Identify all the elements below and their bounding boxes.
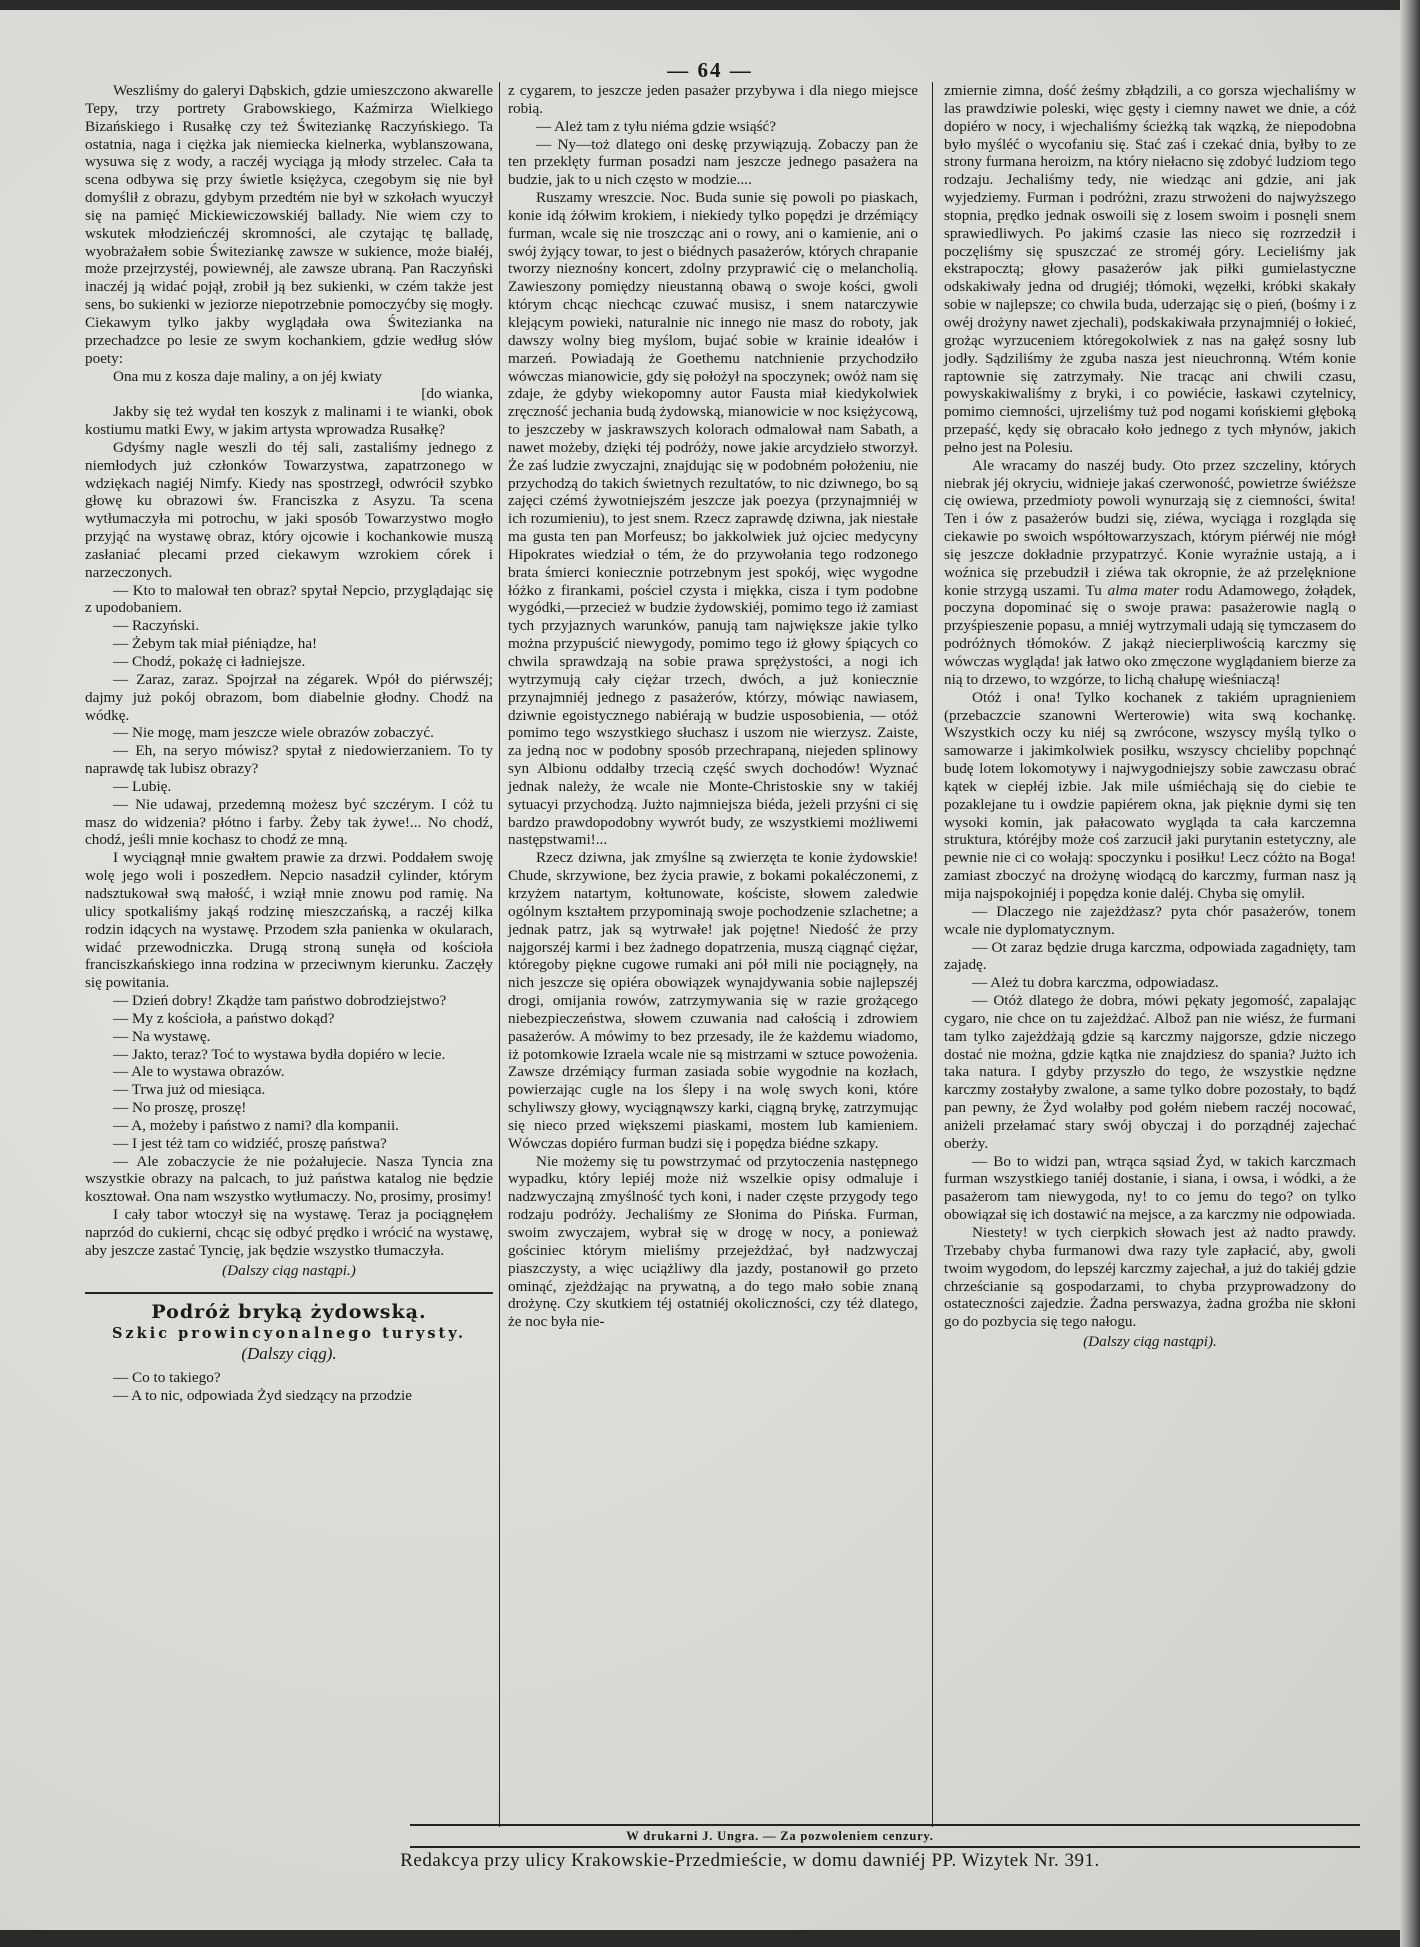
right-paragraphs: zmiernie zimna, dość żeśmy zbłądzili, a … — [944, 82, 1356, 1331]
emphasis: alma mater — [1108, 582, 1180, 599]
paragraph: z cygarem, to jeszcze jeden pasażer przy… — [508, 82, 918, 118]
paragraph: — Ale to wystawa obrazów. — [85, 1063, 493, 1081]
paragraph: — Trwa już od miesiąca. — [85, 1081, 493, 1099]
paragraph: Ale wracamy do naszéj budy. Oto przez sz… — [944, 457, 1356, 689]
article-subtitle: Szkic prowincyonalnego turysty. — [85, 1325, 493, 1343]
column-divider — [499, 82, 500, 1827]
page-edge — [1400, 0, 1420, 1947]
paragraph: Niestety! w tych cierpkich słowach jest … — [944, 1224, 1356, 1331]
paragraph: Nie możemy się tu powstrzymać od przytoc… — [508, 1153, 918, 1331]
editorial-address: Redakcya przy ulicy Krakowskie-Przedmieś… — [300, 1850, 1200, 1872]
paragraph: Rzecz dziwna, jak zmyślne są zwierzęta t… — [508, 849, 918, 1152]
paragraph: — Nie udawaj, przedemną możesz być szczé… — [85, 796, 493, 850]
paragraph: Gdyśmy nagle weszli do téj sali, zastali… — [85, 439, 493, 582]
imprint-rule — [410, 1824, 1360, 1826]
paragraph: — Ale zobaczycie że nie pożałujecie. Nas… — [85, 1153, 493, 1207]
paragraph: — Jakto, teraz? Toć to wystawa bydła dop… — [85, 1046, 493, 1064]
paragraph: — Raczyński. — [85, 617, 493, 635]
left-column: Weszliśmy do galeryi Dąbskich, gdzie umi… — [85, 82, 493, 1405]
paragraph: — Żebym tak miał piéniądze, ha! — [85, 635, 493, 653]
paragraph: — Ot zaraz będzie druga karczma, odpowia… — [944, 939, 1356, 975]
article-continued: (Dalszy ciąg). — [85, 1345, 493, 1363]
paragraph: — Dlaczego nie zajeżdżasz? pyta chór pas… — [944, 903, 1356, 939]
paragraph: I cały tabor wtoczył się na wystawę. Ter… — [85, 1206, 493, 1260]
paragraph: — Ależ tu dobra karczma, odpowiadasz. — [944, 974, 1356, 992]
article-paragraphs: — Co to takiego?— A to nic, odpowiada Ży… — [85, 1369, 493, 1405]
paragraph: — Kto to malował ten obraz? spytał Nepci… — [85, 582, 493, 618]
page-number: — 64 — — [0, 58, 1420, 83]
poem-line: Ona mu z kosza daje maliny, a on jéj kwi… — [85, 368, 493, 386]
paragraph: — Ależ tam z tyłu niéma gdzie wsiąść? — [508, 118, 918, 136]
paragraph: — Chodź, pokażę ci ładniejsze. — [85, 653, 493, 671]
paragraph: Jakby się też wydał ten koszyk z malinam… — [85, 403, 493, 439]
continuation-note: (Dalszy ciąg nastąpi.) — [85, 1262, 493, 1280]
paragraph: — A to nic, odpowiada Żyd siedzący na pr… — [85, 1387, 493, 1405]
middle-paragraphs: z cygarem, to jeszcze jeden pasażer przy… — [508, 82, 918, 1331]
paragraph: zmiernie zimna, dość żeśmy zbłądzili, a … — [944, 82, 1356, 457]
right-column: zmiernie zimna, dość żeśmy zbłądzili, a … — [944, 82, 1356, 1351]
paragraph: — Zaraz, zaraz. Spojrzał na zégarek. Wpó… — [85, 671, 493, 725]
continuation-note: (Dalszy ciąg nastąpi). — [944, 1333, 1356, 1351]
paragraph: I wyciągnął mnie gwałtem prawie za drzwi… — [85, 849, 493, 992]
imprint-rule — [410, 1846, 1360, 1848]
left-paragraphs: Jakby się też wydał ten koszyk z malinam… — [85, 403, 493, 1260]
paragraph: — Co to takiego? — [85, 1369, 493, 1387]
paragraph: — Ny—toż dlatego oni deskę przywiązują. … — [508, 136, 918, 190]
paragraph: — Lubię. — [85, 778, 493, 796]
paragraph: — Otóż dlatego że dobra, mówi pękaty jeg… — [944, 992, 1356, 1153]
column-divider — [932, 82, 933, 1827]
paragraph: — Na wystawę. — [85, 1028, 493, 1046]
paragraph: Weszliśmy do galeryi Dąbskich, gdzie umi… — [85, 82, 493, 368]
paragraph: — Eh, na seryo mówisz? spytał z niedowie… — [85, 742, 493, 778]
printer-imprint: W drukarni J. Ungra. — Za pozwoleniem ce… — [410, 1829, 1150, 1844]
paragraph: — Dzień dobry! Zkądże tam państwo dobrod… — [85, 992, 493, 1010]
article-title: Podróż bryką żydowską. — [85, 1304, 493, 1322]
paragraph: — A, możeby i państwo z nami? dla kompan… — [85, 1117, 493, 1135]
paragraph: — Bo to widzi pan, wtrąca sąsiad Żyd, w … — [944, 1153, 1356, 1224]
paragraph: Ruszamy wreszcie. Noc. Buda sunie się po… — [508, 189, 918, 849]
poem-line-continuation: [do wianka, — [85, 385, 493, 403]
paragraph: — Nie mogę, mam jeszcze wiele obrazów zo… — [85, 724, 493, 742]
middle-column: z cygarem, to jeszcze jeden pasażer przy… — [508, 82, 918, 1331]
paragraph: Otóż i ona! Tylko kochanek z takiém upra… — [944, 689, 1356, 903]
paragraph: — I jest téż tam co widziéć, proszę pańs… — [85, 1135, 493, 1153]
section-rule — [85, 1292, 493, 1294]
paragraph: — No proszę, proszę! — [85, 1099, 493, 1117]
paragraph: — My z kościoła, a państwo dokąd? — [85, 1010, 493, 1028]
